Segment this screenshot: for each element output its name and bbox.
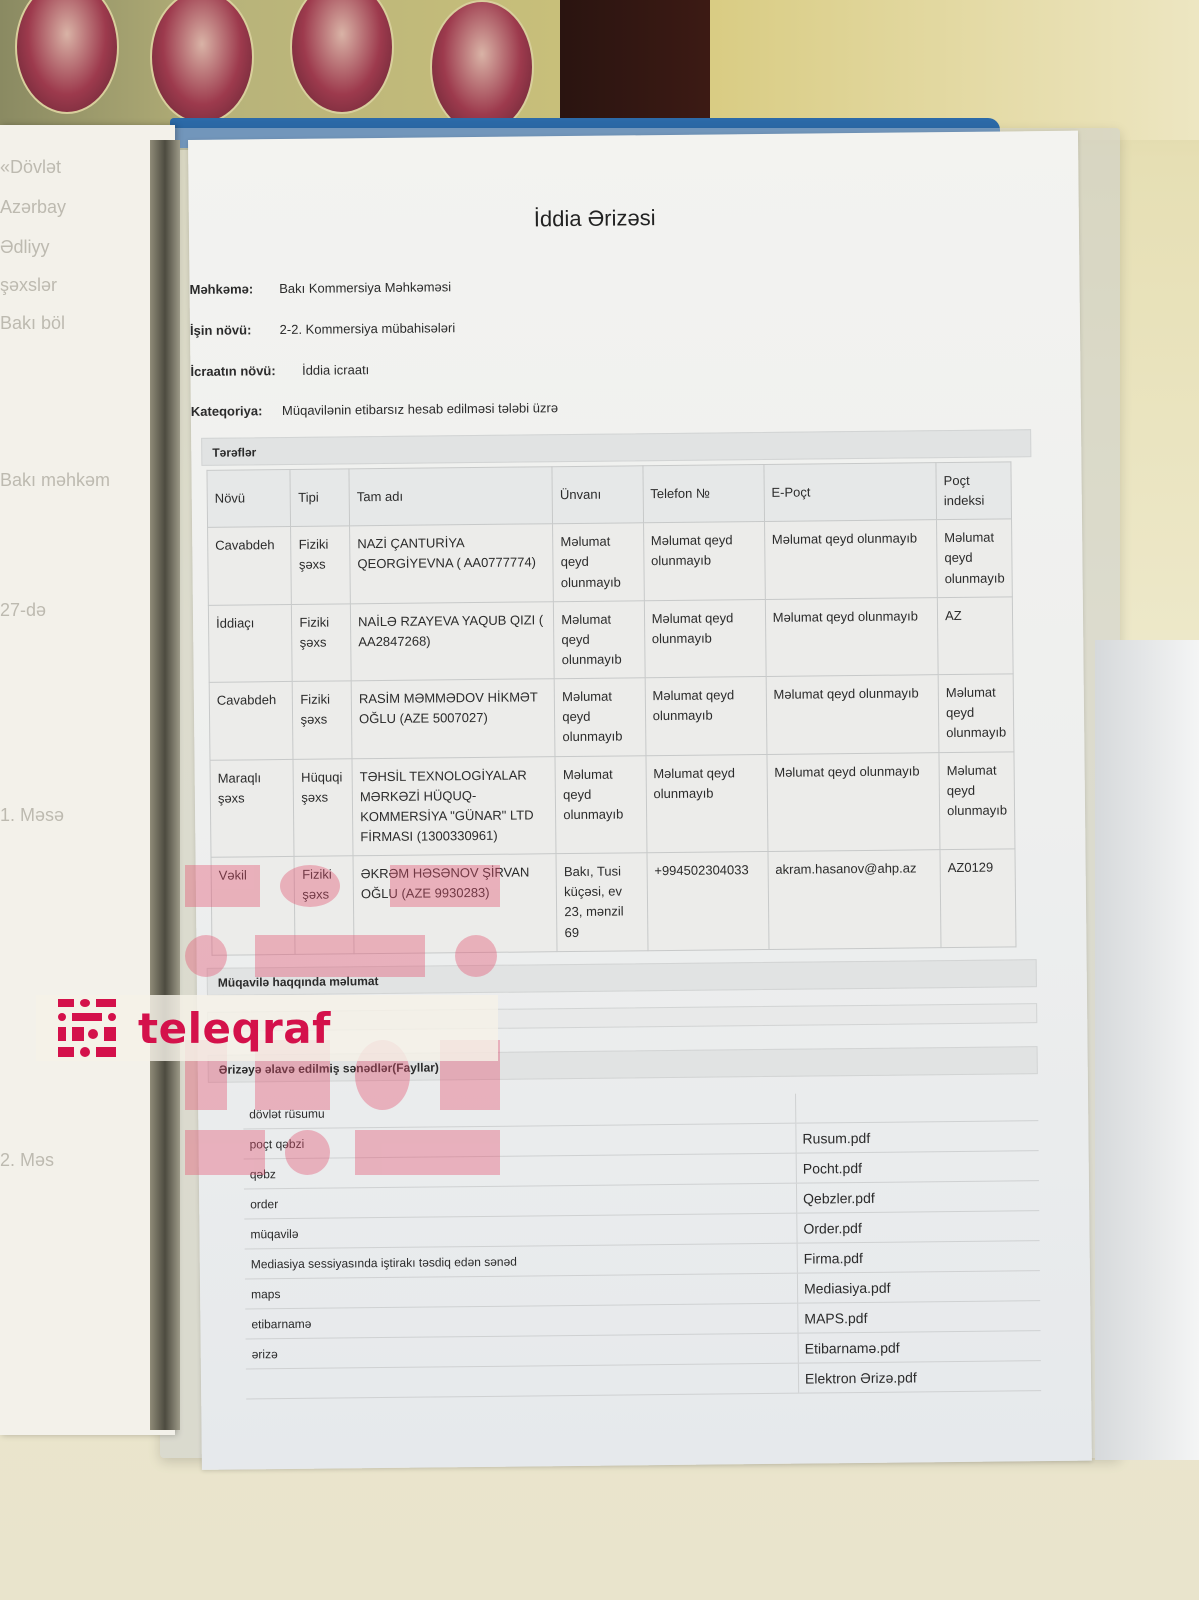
column-header: Ünvanı <box>552 466 643 524</box>
table-cell: Məlumat qeyd olunmayıb <box>766 675 939 754</box>
parties-section-title: Tərəflər <box>201 429 1031 466</box>
table-header-row: Növü Tipi Tam adı Ünvanı Telefon № E-Poç… <box>207 462 1012 528</box>
table-cell: Fiziki şəxs <box>291 526 350 604</box>
table-cell: Məlumat qeyd olunmayıb <box>646 754 768 853</box>
file-link[interactable]: Mediasiya.pdf <box>797 1271 1040 1304</box>
column-header: Tipi <box>290 469 349 527</box>
portrait-image <box>15 0 119 114</box>
table-cell: TƏHSİL TEXNOLOGİYALAR MƏRKƏZİ HÜQUQ-KOMM… <box>352 756 556 856</box>
table-cell: Məlumat qeyd olunmayıb <box>554 678 645 756</box>
teleqraf-logo-icon <box>58 999 116 1057</box>
meta-label: İşin növü: <box>190 322 260 338</box>
table-row: CavabdehFiziki şəxsRASİM MƏMMƏDOV HİKMƏT… <box>209 674 1014 760</box>
page-fragment: Ədliyy <box>0 237 50 258</box>
meta-label: İcraatın növü: <box>190 363 282 379</box>
file-link[interactable]: Rusum.pdf <box>796 1121 1039 1154</box>
table-cell: Məlumat qeyd olunmayıb <box>938 674 1014 752</box>
meta-label: Kateqoriya: <box>191 403 263 419</box>
column-header: Növü <box>207 469 291 527</box>
meta-category: Kateqoriya: Müqavilənin etibarsız hesab … <box>191 400 558 419</box>
table-cell: Hüquqi şəxs <box>293 758 353 856</box>
table-cell: Fiziki şəxs <box>293 681 352 759</box>
document-title: İddia Ərizəsi <box>534 205 656 232</box>
table-cell: Maraqlı şəxs <box>210 759 294 857</box>
column-header: Tam adı <box>349 467 553 526</box>
meta-value: 2-2. Kommersiya mübahisələri <box>280 320 456 337</box>
table-row: Maraqlı şəxsHüquqi şəxsTƏHSİL TEXNOLOGİY… <box>210 751 1015 857</box>
file-link[interactable]: Qebzler.pdf <box>796 1181 1039 1214</box>
table-cell: Məlumat qeyd olunmayıb <box>765 597 938 676</box>
file-link[interactable]: Firma.pdf <box>797 1241 1040 1274</box>
page-fragment: 2. Məs <box>0 1150 54 1171</box>
table-cell: Məlumat qeyd olunmayıb <box>644 599 766 678</box>
page-fragment: şəxslər <box>0 275 57 296</box>
column-header: Poçt indeksi <box>936 462 1012 520</box>
claim-document: İddia Ərizəsi Məhkəmə: Bakı Kommersiya M… <box>188 131 1092 1470</box>
table-cell: Məlumat qeyd olunmayıb <box>764 520 937 599</box>
table-cell: akram.hasanov@ahp.az <box>768 850 941 949</box>
table-cell: Məlumat qeyd olunmayıb <box>555 755 646 854</box>
table-cell: Məlumat qeyd olunmayıb <box>767 752 940 851</box>
portrait-image <box>290 0 394 114</box>
page-fragment: «Dövlət <box>0 157 61 178</box>
binder-spine <box>150 140 180 1430</box>
meta-label: Məhkəmə: <box>189 281 259 297</box>
table-cell: AZ <box>937 597 1013 675</box>
meta-value: İddia icraatı <box>302 362 369 378</box>
table-cell: AZ0129 <box>940 849 1016 947</box>
page-fragment: Bakı böl <box>0 313 65 334</box>
meta-value: Müqavilənin etibarsız hesab edilməsi təl… <box>282 400 558 418</box>
table-cell: Məlumat qeyd olunmayıb <box>937 519 1013 597</box>
file-link[interactable]: Pocht.pdf <box>796 1151 1039 1184</box>
column-header: E-Poçt <box>764 463 937 522</box>
document-name <box>246 1363 799 1399</box>
page-fragment: 27-də <box>0 600 46 621</box>
table-cell: Məlumat qeyd olunmayıb <box>554 600 645 678</box>
portrait-image <box>150 0 254 124</box>
meta-value: Bakı Kommersiya Məhkəməsi <box>279 279 451 296</box>
page-fragment: Azərbay <box>0 197 66 218</box>
file-link[interactable]: Order.pdf <box>797 1211 1040 1244</box>
meta-court: Məhkəmə: Bakı Kommersiya Məhkəməsi <box>189 279 451 297</box>
teleqraf-brand-text: teleqraf <box>138 1004 331 1053</box>
teleqraf-watermark: teleqraf <box>36 995 498 1061</box>
table-cell: NAZİ ÇANTURİYA QEORGİYEVNA ( AA0777774) <box>350 524 554 604</box>
background-device <box>1095 640 1199 1460</box>
file-link[interactable]: MAPS.pdf <box>798 1301 1041 1334</box>
table-cell: +994502304033 <box>647 852 769 951</box>
table-cell: Məlumat qeyd olunmayıb <box>643 522 765 601</box>
table-cell: NAİLƏ RZAYEVA YAQUB QIZI ( AA2847268) <box>350 601 554 681</box>
table-cell: Cavabdeh <box>209 682 293 760</box>
table-cell: Məlumat qeyd olunmayıb <box>645 677 767 756</box>
file-link[interactable]: Elektron Ərizə.pdf <box>798 1361 1041 1394</box>
file-link[interactable] <box>796 1091 1039 1123</box>
table-cell: Məlumat qeyd olunmayıb <box>553 523 644 601</box>
table-cell: Bakı, Tusi küçəsi, ev 23, mənzil 69 <box>556 853 647 952</box>
page-fragment: 1. Məsə <box>0 805 64 826</box>
table-cell: İddiaçı <box>208 604 292 682</box>
meta-proceeding-type: İcraatın növü: İddia icraatı <box>190 362 369 379</box>
meta-case-type: İşin növü: 2-2. Kommersiya mübahisələri <box>190 320 455 338</box>
table-cell: Məlumat qeyd olunmayıb <box>939 751 1015 849</box>
file-link[interactable]: Etibarnamə.pdf <box>798 1331 1041 1364</box>
column-header: Telefon № <box>643 464 765 523</box>
table-cell: RASİM MƏMMƏDOV HİKMƏT OĞLU (AZE 5007027) <box>351 679 555 759</box>
table-cell: Fiziki şəxs <box>292 604 351 682</box>
background-book <box>560 0 710 130</box>
table-row: İddiaçıFiziki şəxsNAİLƏ RZAYEVA YAQUB QI… <box>208 597 1013 683</box>
table-row: CavabdehFiziki şəxsNAZİ ÇANTURİYA QEORGİ… <box>208 519 1013 605</box>
table-cell: Cavabdeh <box>208 527 292 605</box>
page-fragment: Bakı məhkəm <box>0 470 110 491</box>
portrait-image <box>430 0 534 134</box>
adjacent-page: «Dövlət Azərbay Ədliyy şəxslər Bakı böl … <box>0 125 175 1435</box>
